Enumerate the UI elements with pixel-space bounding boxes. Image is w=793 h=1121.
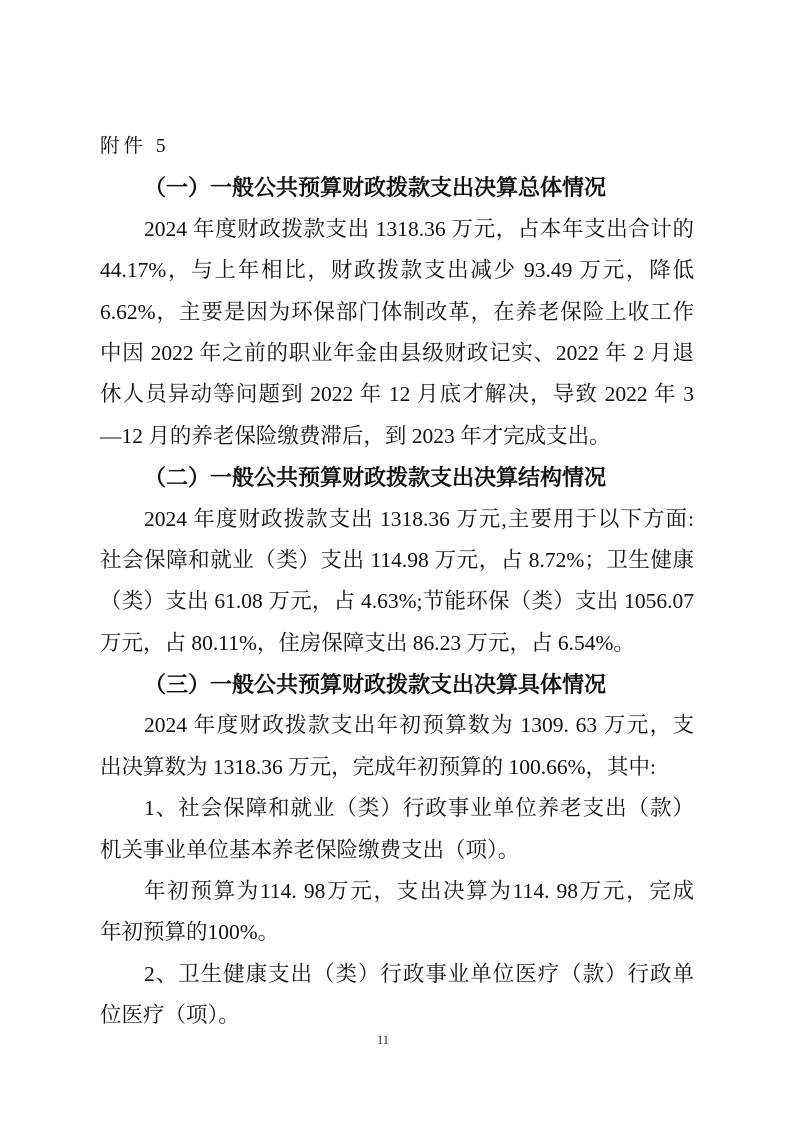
body-line: 休人员异动等问题到 2022 年 12 月底才解决，导致 2022 年 3	[100, 374, 694, 415]
body-line: 44.17%，与上年相比，财政拨款支出减少 93.49 万元，降低	[100, 250, 694, 291]
attachment-label: 附件 5	[100, 126, 694, 167]
body-line: 社会保障和就业（类）支出 114.98 万元，占 8.72%；卫生健康	[100, 540, 694, 581]
body-line: 6.62%，主要是因为环保部门体制改革，在养老保险上收工作	[100, 292, 694, 333]
body-line: 2024 年度财政拨款支出 1318.36 万元,主要用于以下方面:	[100, 499, 694, 540]
body-line: 位医疗（项）。	[100, 995, 694, 1036]
body-line: 2024 年度财政拨款支出年初预算数为 1309. 63 万元，支	[100, 705, 694, 746]
page-number: 11	[0, 1033, 766, 1048]
body-line: 1、社会保障和就业（类）行政事业单位养老支出（款）	[100, 788, 694, 829]
body-line: 年初预算为114. 98万元，支出决算为114. 98万元，完成	[100, 871, 694, 912]
document-body: 附件 5 （一）一般公共预算财政拨款支出决算总体情况 2024 年度财政拨款支出…	[100, 126, 694, 1037]
section-2-heading: （二）一般公共预算财政拨款支出决算结构情况	[100, 457, 694, 498]
body-line: 2024 年度财政拨款支出 1318.36 万元，占本年支出合计的	[100, 209, 694, 250]
body-line: 2、卫生健康支出（类）行政事业单位医疗（款）行政单	[100, 954, 694, 995]
body-line: —12 月的养老保险缴费滞后，到 2023 年才完成支出。	[100, 416, 694, 457]
body-line: （类）支出 61.08 万元，占 4.63%;节能环保（类）支出 1056.07	[100, 581, 694, 622]
body-line: 中因 2022 年之前的职业年金由县级财政记实、2022 年 2 月退	[100, 333, 694, 374]
body-line: 万元，占 80.11%，住房保障支出 86.23 万元，占 6.54%。	[100, 623, 694, 664]
section-3-heading: （三）一般公共预算财政拨款支出决算具体情况	[100, 664, 694, 705]
document-page: 附件 5 （一）一般公共预算财政拨款支出决算总体情况 2024 年度财政拨款支出…	[0, 0, 793, 1121]
body-line: 年初预算的100%。	[100, 912, 694, 953]
body-line: 出决算数为 1318.36 万元，完成年初预算的 100.66%，其中:	[100, 747, 694, 788]
body-line: 机关事业单位基本养老保险缴费支出（项）。	[100, 830, 694, 871]
section-1-heading: （一）一般公共预算财政拨款支出决算总体情况	[100, 167, 694, 208]
